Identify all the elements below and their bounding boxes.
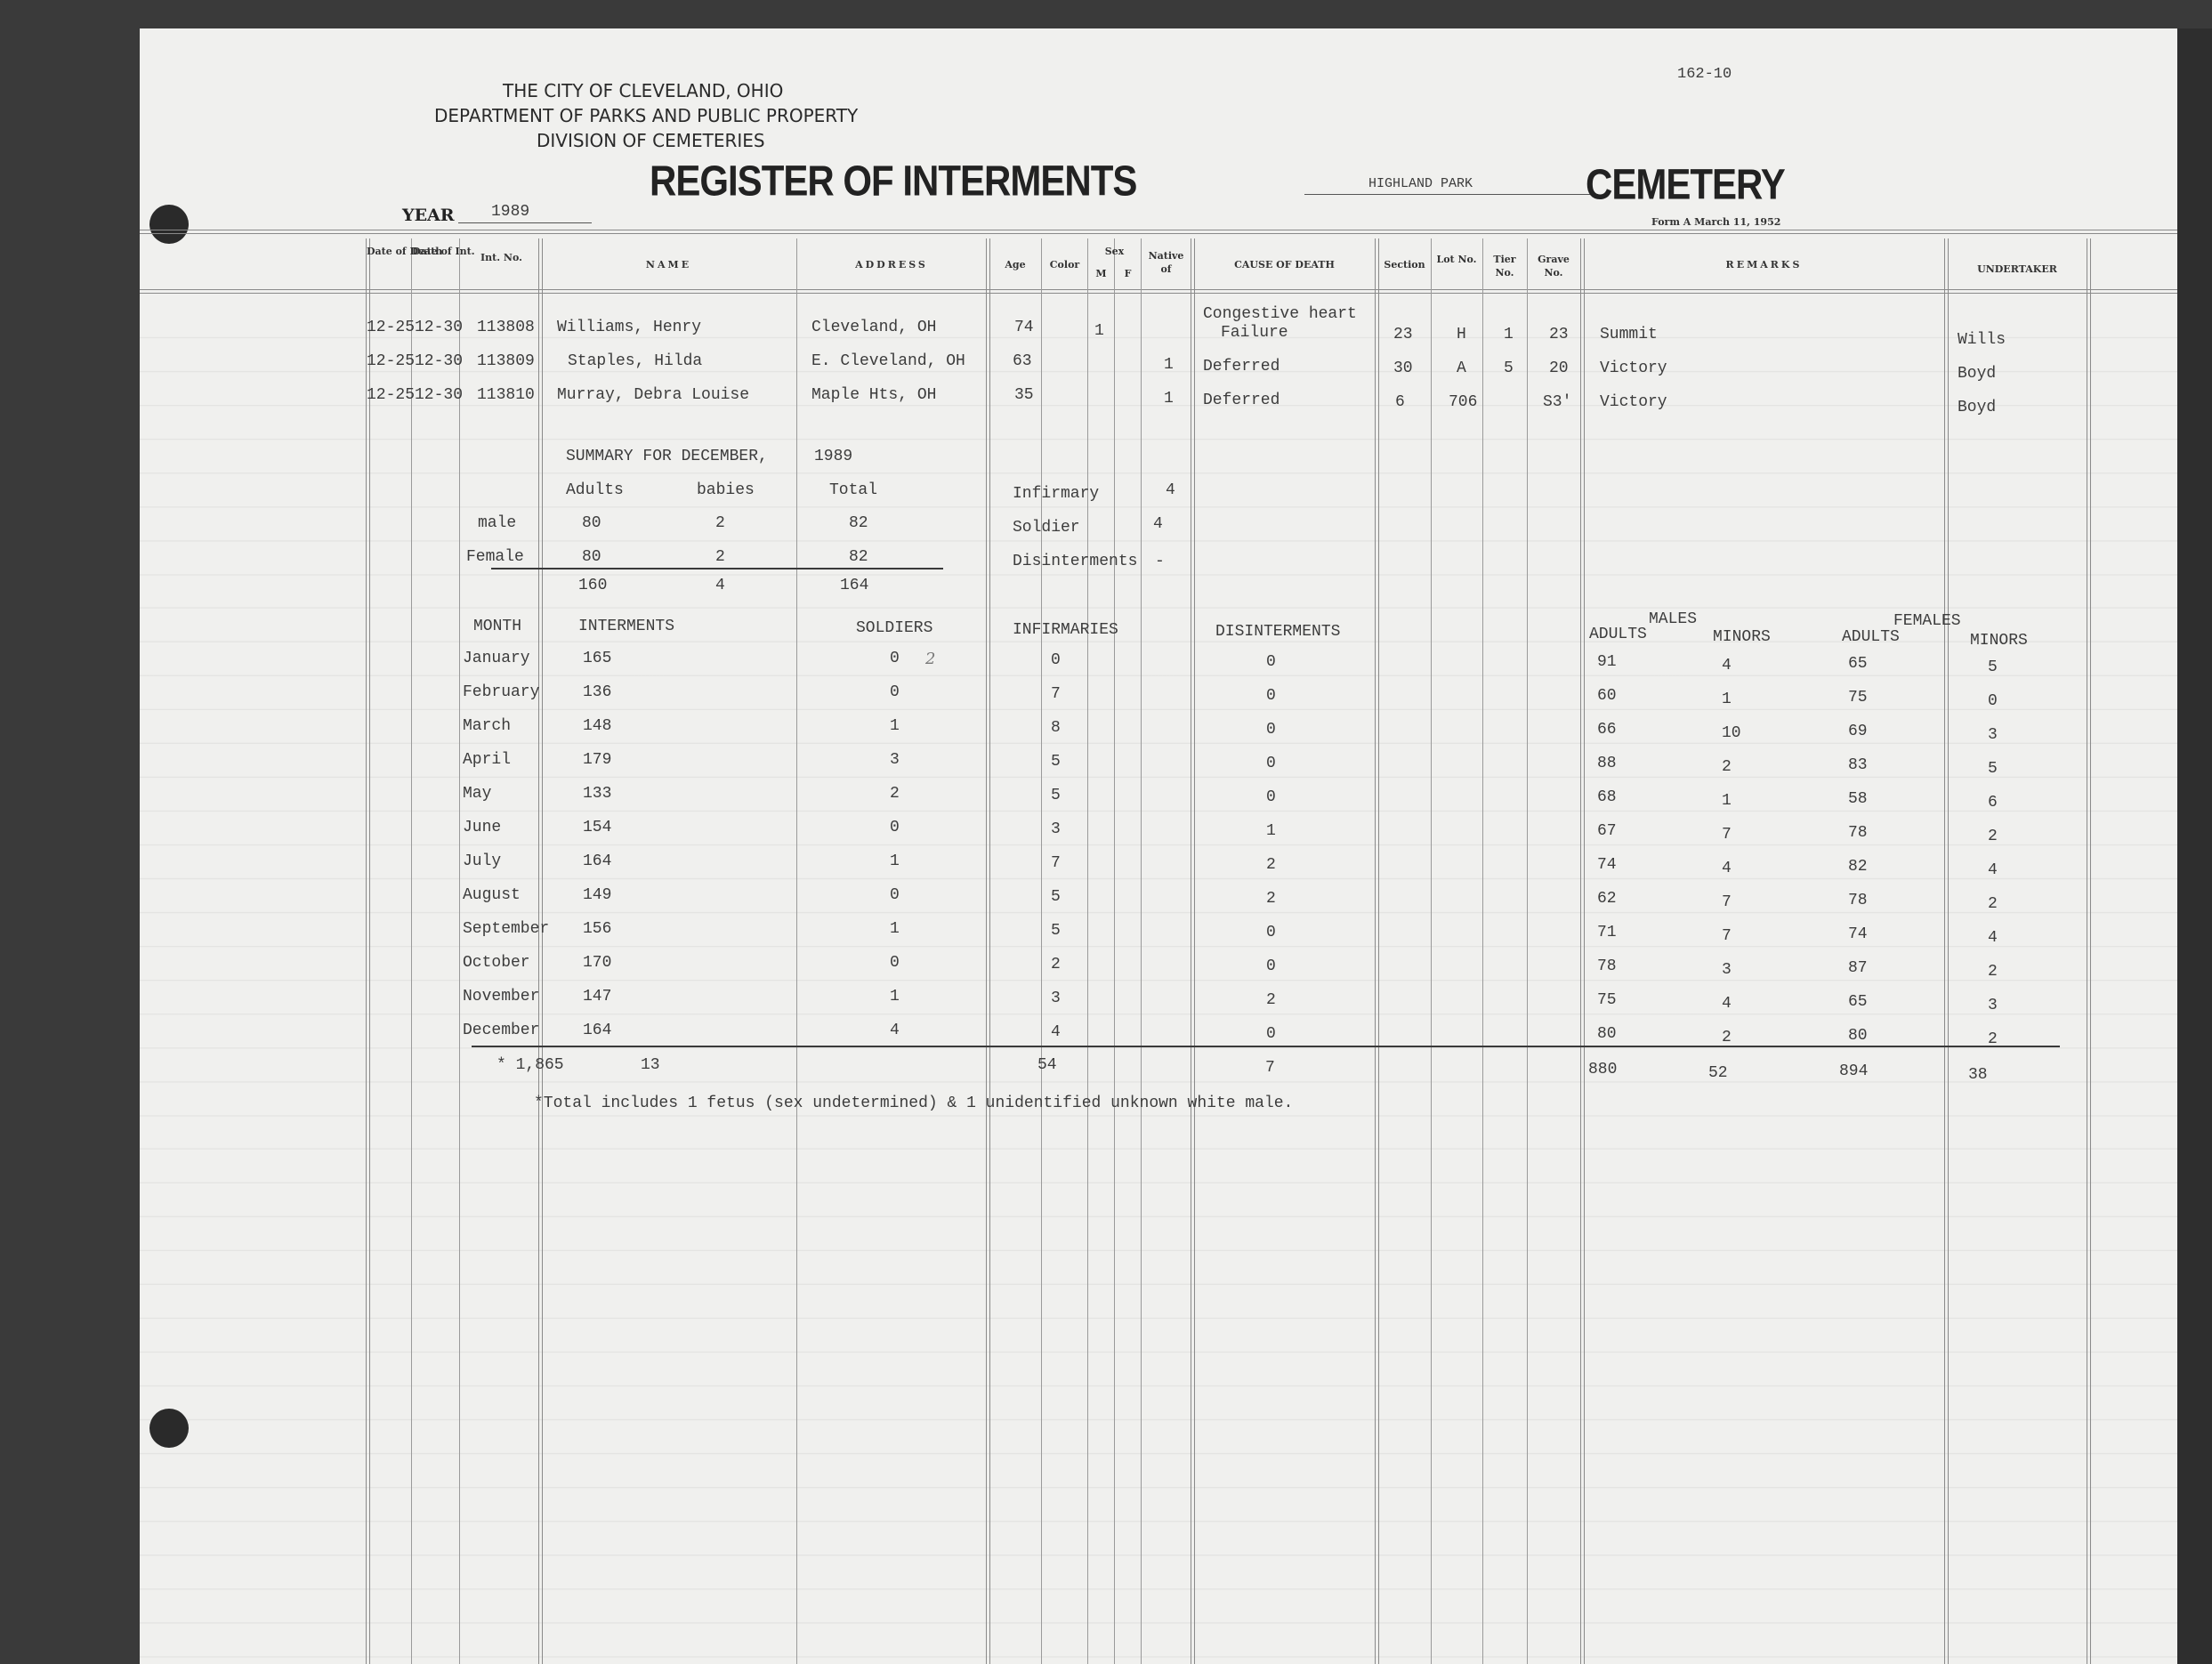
lot: H: [1457, 326, 1466, 343]
deceased-name: Murray, Debra Louise: [557, 386, 749, 404]
date-of-int: 12-30: [415, 319, 463, 336]
female-minors: 4: [1988, 929, 1998, 947]
infirmaries: 8: [1051, 719, 1061, 737]
annual-header-interments: INTERMENTS: [578, 618, 674, 635]
infirmaries: 5: [1051, 787, 1061, 804]
total-disinterments: 7: [1265, 1059, 1275, 1077]
female-adults: 87: [1848, 959, 1868, 977]
header-int-no: Int. No.: [480, 251, 516, 264]
total-infirmaries: 54: [1037, 1056, 1057, 1074]
disinterments: 0: [1266, 687, 1276, 705]
male-minors: 1: [1722, 691, 1732, 708]
female-minors: 2: [1988, 963, 1998, 981]
division-heading: DIVISION OF CEMETERIES: [537, 130, 765, 151]
cause-of-death-line2: Deferred: [1203, 392, 1280, 409]
male-adults: 60: [1597, 687, 1617, 705]
deceased-name: Williams, Henry: [557, 319, 701, 336]
soldiers-note: 2: [925, 650, 935, 668]
disinterments: 0: [1266, 653, 1276, 671]
annual-header-males: MALES: [1649, 610, 1697, 628]
undertaker: Boyd: [1958, 399, 1996, 416]
summary-side-label: Soldier: [1013, 519, 1080, 537]
soldiers: 0: [890, 683, 900, 701]
undertaker: Wills: [1958, 331, 2006, 349]
soldiers: 2: [890, 785, 900, 803]
header-cause-of-death: CAUSE OF DEATH: [1194, 258, 1375, 271]
interments: 154: [583, 819, 611, 836]
int-no: 113809: [477, 352, 535, 370]
col-divider: [1482, 238, 1483, 1664]
header-lot-no: Lot No.: [1436, 253, 1477, 266]
male-adults: 68: [1597, 788, 1617, 806]
summary-side-value: -: [1155, 553, 1165, 570]
summary-total-rule: [491, 568, 943, 569]
disinterments: 0: [1266, 755, 1276, 772]
soldiers: 0: [890, 650, 900, 667]
month: February: [463, 683, 539, 701]
summary-total-total: 164: [840, 577, 868, 594]
summary-col-babies: babies: [697, 481, 755, 499]
male-minors: 2: [1722, 1029, 1732, 1046]
annual-header-soldiers: SOLDIERS: [856, 619, 932, 637]
male-adults: 74: [1597, 856, 1617, 874]
header-name: NAME: [541, 258, 796, 271]
male-minors: 4: [1722, 657, 1732, 674]
summary-side-value: 4: [1166, 481, 1175, 499]
grave: 20: [1549, 359, 1569, 377]
annual-header-infirmaries: INFIRMARIES: [1013, 621, 1118, 639]
summary-year: 1989: [814, 448, 852, 465]
month: June: [463, 819, 501, 836]
female-adults: 82: [1848, 858, 1868, 876]
annual-total-rule: [472, 1046, 2060, 1047]
address: Maple Hts, OH: [811, 386, 936, 404]
date-of-int: 12-30: [415, 352, 463, 370]
header-grave-no: Grave No.: [1530, 253, 1577, 279]
summary-col-total: Total: [829, 481, 877, 499]
header-tier-no: Tier No.: [1486, 253, 1523, 279]
male-adults: 91: [1597, 653, 1617, 671]
disinterments: 0: [1266, 1025, 1276, 1043]
lot: A: [1457, 359, 1466, 377]
soldiers: 1: [890, 852, 900, 870]
summary-col-adults: Adults: [566, 481, 624, 499]
interments: 165: [583, 650, 611, 667]
header-section: Section: [1378, 258, 1431, 271]
header-bottom-border: [140, 289, 2177, 294]
col-divider: [1191, 238, 1195, 1664]
male-adults: 80: [1597, 1025, 1617, 1043]
annual-header-male-minors: MINORS: [1713, 628, 1771, 646]
age: 63: [1013, 352, 1032, 370]
header-address: ADDRESS: [797, 258, 986, 271]
interments: 170: [583, 954, 611, 972]
female-adults: 83: [1848, 756, 1868, 774]
header-color: Color: [1042, 258, 1087, 271]
soldiers: 3: [890, 751, 900, 769]
disinterments: 2: [1266, 991, 1276, 1009]
annual-header-month: MONTH: [473, 618, 521, 635]
age: 74: [1014, 319, 1034, 336]
male-minors: 7: [1722, 826, 1732, 844]
annual-header-female-adults: ADULTS: [1842, 628, 1900, 646]
summary-side-label: Disinterments: [1013, 553, 1137, 570]
male-minors: 7: [1722, 927, 1732, 945]
male-adults: 66: [1597, 721, 1617, 739]
infirmaries: 5: [1051, 922, 1061, 940]
summary-babies: 2: [715, 548, 725, 566]
remarks: Victory: [1600, 359, 1667, 377]
tier: 1: [1504, 326, 1514, 343]
male-minors: 1: [1722, 792, 1732, 810]
summary-adults: 80: [582, 514, 601, 532]
interments: 164: [583, 852, 611, 870]
header-age: Age: [989, 258, 1041, 271]
summary-total: 82: [849, 548, 868, 566]
summary-babies: 2: [715, 514, 725, 532]
year-underline: [458, 222, 592, 223]
interments: 179: [583, 751, 611, 769]
int-no: 113808: [477, 319, 535, 336]
col-divider: [1141, 238, 1142, 1664]
col-divider: [411, 238, 412, 1664]
female-minors: 4: [1988, 861, 1998, 879]
department-heading: DEPARTMENT OF PARKS AND PUBLIC PROPERTY: [434, 105, 858, 126]
summary-row-label: male: [478, 514, 516, 532]
month: October: [463, 954, 530, 972]
col-divider: [796, 238, 797, 1664]
female-adults: 78: [1848, 892, 1868, 909]
infirmaries: 3: [1051, 820, 1061, 838]
int-no: 113810: [477, 386, 535, 404]
disinterments: 0: [1266, 957, 1276, 975]
city-heading: THE CITY OF CLEVELAND, OHIO: [503, 80, 783, 101]
female-minors: 0: [1988, 692, 1998, 710]
address: E. Cleveland, OH: [811, 352, 965, 370]
grave: 23: [1549, 326, 1569, 343]
male-adults: 78: [1597, 957, 1617, 975]
infirmaries: 3: [1051, 990, 1061, 1007]
cause-of-death-line2: Deferred: [1203, 358, 1280, 376]
disinterments: 0: [1266, 788, 1276, 806]
interments: 147: [583, 988, 611, 1006]
infirmaries: 5: [1051, 888, 1061, 906]
soldiers: 1: [890, 988, 900, 1006]
table-top-border: [140, 230, 2177, 234]
soldiers: 0: [890, 954, 900, 972]
total-female-adults: 894: [1839, 1062, 1868, 1080]
col-divider: [1580, 238, 1585, 1664]
female-minors: 5: [1988, 760, 1998, 778]
summary-row-label: Female: [466, 548, 524, 566]
disinterments: 2: [1266, 890, 1276, 908]
interments: 156: [583, 920, 611, 938]
male-adults: 62: [1597, 890, 1617, 908]
infirmaries: 0: [1051, 651, 1061, 669]
summary-total-babies: 4: [715, 577, 725, 594]
male-adults: 75: [1597, 991, 1617, 1009]
male-minors: 10: [1722, 724, 1741, 742]
disinterments: 1: [1266, 822, 1276, 840]
summary-side-value: 4: [1153, 515, 1163, 533]
female-adults: 74: [1848, 925, 1868, 943]
form-note: Form A March 11, 1952: [1651, 216, 1780, 228]
month: April: [463, 751, 511, 769]
month: August: [463, 886, 521, 904]
cemetery-name: HIGHLAND PARK: [1368, 176, 1473, 191]
annual-header-male-adults: ADULTS: [1589, 626, 1647, 643]
date-of-death: 12-25: [367, 352, 415, 370]
remarks: Summit: [1600, 326, 1658, 343]
month: January: [463, 650, 530, 667]
undertaker: Boyd: [1958, 365, 1996, 383]
month: May: [463, 785, 491, 803]
header-sex-m: M: [1088, 267, 1114, 280]
male-minors: 7: [1722, 893, 1732, 911]
male-minors: 4: [1722, 995, 1732, 1013]
female-minors: 3: [1988, 726, 1998, 744]
col-divider: [1527, 238, 1528, 1664]
female-minors: 2: [1988, 828, 1998, 845]
col-divider: [1087, 238, 1088, 1664]
header-remarks: REMARKS: [1584, 258, 1944, 271]
binder-hole-bottom: [149, 1409, 189, 1448]
tier: 5: [1504, 359, 1514, 377]
cause-of-death-line2: Failure: [1221, 324, 1288, 342]
annual-header-female-minors: MINORS: [1970, 632, 2028, 650]
header-date-of-death: Date of Death: [367, 245, 411, 258]
interments: 149: [583, 886, 611, 904]
summary-total-adults: 160: [578, 577, 607, 594]
cause-of-death-line1: Congestive heart: [1203, 305, 1357, 323]
col-divider: [2087, 238, 2091, 1664]
disinterments: 0: [1266, 924, 1276, 941]
female-adults: 58: [1848, 790, 1868, 808]
grave: S3': [1543, 393, 1571, 411]
male-adults: 67: [1597, 822, 1617, 840]
total-male-adults: 880: [1588, 1061, 1617, 1078]
section: 30: [1393, 359, 1413, 377]
male-minors: 3: [1722, 961, 1732, 979]
cemetery-label: CEMETERY: [1586, 160, 1785, 209]
sex-m: 1: [1094, 322, 1104, 340]
soldiers: 4: [890, 1022, 900, 1039]
female-minors: 2: [1988, 895, 1998, 913]
year-label: YEAR: [402, 206, 455, 225]
annual-header-females: FEMALES: [1893, 612, 1961, 630]
col-divider: [1041, 238, 1042, 1664]
month: November: [463, 988, 539, 1006]
female-adults: 65: [1848, 993, 1868, 1011]
col-divider: [459, 238, 460, 1664]
interments: 148: [583, 717, 611, 735]
female-minors: 5: [1988, 658, 1998, 676]
age: 35: [1014, 386, 1034, 404]
soldiers: 0: [890, 819, 900, 836]
total-soldiers: 13: [641, 1056, 660, 1074]
deceased-name: Staples, Hilda: [568, 352, 702, 370]
disinterments: 2: [1266, 856, 1276, 874]
soldiers: 1: [890, 717, 900, 735]
year-value: 1989: [491, 203, 529, 221]
male-minors: 2: [1722, 758, 1732, 776]
month: December: [463, 1022, 539, 1039]
header-date-of-int: Date of Int.: [412, 245, 459, 258]
sex-f: 1: [1164, 390, 1174, 408]
remarks: Victory: [1600, 393, 1667, 411]
summary-adults: 80: [582, 548, 601, 566]
male-adults: 71: [1597, 924, 1617, 941]
disinterments: 0: [1266, 721, 1276, 739]
male-adults: 88: [1597, 755, 1617, 772]
header-undertaker: UNDERTAKER: [1948, 263, 2087, 276]
soldiers: 1: [890, 920, 900, 938]
interments: 136: [583, 683, 611, 701]
summary-total: 82: [849, 514, 868, 532]
infirmaries: 5: [1051, 753, 1061, 771]
col-divider: [1114, 238, 1115, 1664]
interments: 164: [583, 1022, 611, 1039]
col-divider: [538, 238, 543, 1664]
infirmaries: 4: [1051, 1023, 1061, 1041]
female-adults: 69: [1848, 723, 1868, 740]
infirmaries: 2: [1051, 956, 1061, 973]
binder-hole-top: [149, 205, 189, 244]
female-minors: 6: [1988, 794, 1998, 812]
col-divider: [1431, 238, 1432, 1664]
infirmaries: 7: [1051, 854, 1061, 872]
month: July: [463, 852, 501, 870]
col-divider: [986, 238, 990, 1664]
col-divider: [1375, 238, 1379, 1664]
female-adults: 78: [1848, 824, 1868, 842]
date-of-int: 12-30: [415, 386, 463, 404]
header-sex-f: F: [1115, 267, 1141, 280]
female-adults: 80: [1848, 1027, 1868, 1045]
female-minors: 3: [1988, 997, 1998, 1014]
soldiers: 0: [890, 886, 900, 904]
sex-f: 1: [1164, 356, 1174, 374]
month: March: [463, 717, 511, 735]
date-of-death: 12-25: [367, 386, 415, 404]
infirmaries: 7: [1051, 685, 1061, 703]
female-adults: 75: [1848, 689, 1868, 707]
lot: 706: [1449, 393, 1477, 411]
female-adults: 65: [1848, 655, 1868, 673]
total-interments: * 1,865: [496, 1056, 564, 1074]
male-minors: 4: [1722, 860, 1732, 877]
footnote: *Total includes 1 fetus (sex undetermine…: [534, 1095, 1293, 1112]
summary-side-label: Infirmary: [1013, 485, 1099, 503]
col-divider: [1944, 238, 1949, 1664]
month: September: [463, 920, 549, 938]
total-male-minors: 52: [1708, 1064, 1728, 1082]
annual-header-disinterments: DISINTERMENTS: [1215, 623, 1340, 641]
section: 23: [1393, 326, 1413, 343]
header-sex: Sex: [1088, 245, 1141, 258]
date-of-death: 12-25: [367, 319, 415, 336]
page-reference: 162-10: [1677, 66, 1732, 83]
scan-border: [2177, 28, 2212, 1664]
address: Cleveland, OH: [811, 319, 936, 336]
register-title: REGISTER OF INTERMENTS: [650, 157, 1136, 206]
cemetery-underline: [1304, 194, 1598, 195]
summary-title: SUMMARY FOR DECEMBER,: [566, 448, 768, 465]
header-native-of: Native of: [1142, 249, 1191, 276]
interments: 133: [583, 785, 611, 803]
section: 6: [1395, 393, 1405, 411]
total-female-minors: 38: [1968, 1066, 1988, 1084]
col-divider: [366, 238, 370, 1664]
